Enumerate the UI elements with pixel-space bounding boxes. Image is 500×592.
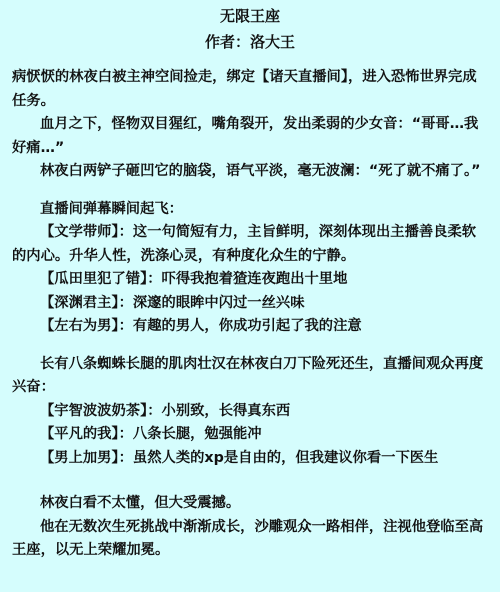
barrage-comment: 【平凡的我】：八条长腿，勉强能冲	[12, 423, 488, 447]
comment-user: 【瓜田里犯了错】	[40, 271, 147, 287]
comment-user: 【宇智波波奶茶】	[40, 403, 147, 419]
author-line: 作者：洛大王	[12, 32, 488, 52]
comment-text: ：有趣的男人，你成功引起了我的注意	[119, 318, 362, 334]
closing-paragraph: 林夜白看不太懂，但大受震撼。	[12, 492, 488, 516]
comment-user: 【左右为男】	[40, 318, 119, 334]
spider-paragraph: 长有八条蜘蛛长腿的肌肉壮汉在林夜白刀下险死还生，直播间观众再度兴奋：	[12, 353, 488, 400]
comment-text: ：虽然人类的xp是自由的，但我建议你看一下医生	[119, 450, 439, 466]
comment-text: ：小别致，长得真东西	[147, 403, 290, 419]
comment-text: ：吓得我抱着猹连夜跑出十里地	[147, 271, 347, 287]
document-page: 无限王座 作者：洛大王 病恹恹的林夜白被主神空间捡走，绑定【诸天直播间】，进入恐…	[0, 6, 500, 592]
comment-user: 【男上加男】	[40, 450, 119, 466]
comment-text: ：八条长腿，勉强能冲	[119, 426, 262, 442]
intro-paragraph: 病恹恹的林夜白被主神空间捡走，绑定【诸天直播间】，进入恐怖世界完成任务。	[12, 66, 488, 113]
barrage-comment: 【瓜田里犯了错】：吓得我抱着猹连夜跑出十里地	[12, 268, 488, 292]
barrage-intro: 直播间弹幕瞬间起飞：	[12, 198, 488, 222]
barrage-comment: 【左右为男】：有趣的男人，你成功引起了我的注意	[12, 315, 488, 339]
comment-user: 【平凡的我】	[40, 426, 119, 442]
comment-text: ：深邃的眼眸中闪过一丝兴味	[119, 295, 305, 311]
closing-paragraph: 他在无数次生死挑战中渐渐成长，沙雕观众一路相伴，注视他登临至高王座，以无上荣耀加…	[12, 516, 488, 563]
comment-user: 【深渊君主】	[40, 295, 119, 311]
barrage-comment: 【文学带师】：这一句简短有力，主旨鲜明，深刻体现出主播善良柔软的内心。升华人性，…	[12, 221, 488, 268]
comment-user: 【文学带师】	[40, 224, 119, 240]
barrage-comment: 【宇智波波奶茶】：小别致，长得真东西	[12, 400, 488, 424]
response-paragraph: 林夜白两铲子砸凹它的脑袋，语气平淡，毫无波澜：“死了就不痛了。”	[12, 160, 488, 184]
blood-moon-paragraph: 血月之下，怪物双目猩红，嘴角裂开，发出柔弱的少女音：“哥哥…我好痛…”	[12, 113, 488, 160]
barrage-comment: 【深渊君主】：深邃的眼眸中闪过一丝兴味	[12, 292, 488, 316]
barrage-comment: 【男上加男】：虽然人类的xp是自由的，但我建议你看一下医生	[12, 447, 488, 471]
book-title: 无限王座	[12, 6, 488, 26]
